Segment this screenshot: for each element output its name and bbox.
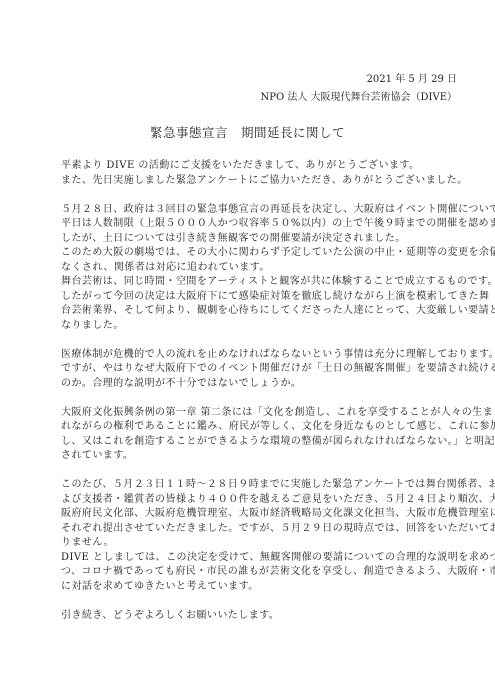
text-line: のか。合理的な説明が不十分ではないでしょうか。: [61, 377, 457, 392]
text-line: それぞれ提出させていただきました。ですが、５月２９日の現時点では、回答をいただい…: [61, 522, 457, 537]
letter-header: 2021 年 5 月 29 日 NPO 法人 大阪現代舞台芸術協会（DIVE）: [260, 72, 457, 106]
text-line: また、先日実施しました緊急アンケートにご協力いただき、ありがとうございました。: [61, 174, 457, 189]
paragraph-concern: 医療体制が危機的で人の流れを止めなければならないという事情は充分に理解しておりま…: [61, 348, 457, 392]
document-title: 緊急事態宣言 期間延長に関して: [0, 123, 495, 141]
document-body: 平素より DIVE の活動にご支援をいただきまして、ありがとうございます。 また…: [61, 159, 457, 638]
paragraph-closing: 引き続き、どうぞよろしくお願いいたします。: [61, 609, 457, 624]
text-line: DIVE としましては、この決定を受けて、無観客開催の要請についての合理的な説明…: [61, 551, 457, 566]
text-line: 引き続き、どうぞよろしくお願いいたします。: [61, 609, 457, 624]
text-line: 平日は人数制限（上限５０００人かつ収容率５０%以内）の上で午後９時までの開催を認…: [61, 217, 457, 232]
text-line: 医療体制が危機的で人の流れを止めなければならないという事情は充分に理解しておりま…: [61, 348, 457, 363]
text-line: このため大阪の劇場では、その大小に関わらず予定していた公演の中止・延期等の変更を…: [61, 246, 457, 261]
text-line: このたび、５月２３日１１時～２８日９時までに実施した緊急アンケートでは舞台関係者…: [61, 478, 457, 493]
text-line: なりました。: [61, 319, 457, 334]
text-line: ですが、やはりなぜ大阪府下でのイベント開催だけが「土日の無観客開催」を要請され続…: [61, 362, 457, 377]
text-line: したがって今回の決定は大阪府下にて感染症対策を徹底し続けながら上演を模索してきた…: [61, 290, 457, 305]
paragraph-decision: ５月２８日、政府は３回目の緊急事態宣言の再延長を決定し、大阪府はイベント開催につ…: [61, 203, 457, 334]
paragraph-survey: このたび、５月２３日１１時～２８日９時までに実施した緊急アンケートでは舞台関係者…: [61, 478, 457, 594]
text-line: れながらの権利であることに鑑み、府民が等しく、文化を身近なものとして感じ、これに…: [61, 420, 457, 435]
text-line: されています。: [61, 449, 457, 464]
text-line: りません。: [61, 536, 457, 551]
text-line: 平素より DIVE の活動にご支援をいただきまして、ありがとうございます。: [61, 159, 457, 174]
text-line: に対話を求めてゆきたいと考えています。: [61, 580, 457, 595]
text-line: つ、コロナ禍であっても府民・市民の誰もが芸術文化を享受し、創造できるよう、大阪府…: [61, 565, 457, 580]
text-line: したが、土日については引き続き無観客での開催要請が決定されました。: [61, 232, 457, 247]
letter-date: 2021 年 5 月 29 日: [260, 72, 457, 88]
paragraph-ordinance: 大阪府文化振興条例の第一章 第二条には「文化を創造し、これを享受することが人々の…: [61, 406, 457, 464]
text-line: 大阪府文化振興条例の第一章 第二条には「文化を創造し、これを享受することが人々の…: [61, 406, 457, 421]
sender-organization: NPO 法人 大阪現代舞台芸術協会（DIVE）: [260, 90, 457, 106]
text-line: 台芸術業界、そして何より、観劇を心待ちにしてくださった人達にとって、大変厳しい要…: [61, 304, 457, 319]
text-line: ５月２８日、政府は３回目の緊急事態宣言の再延長を決定し、大阪府はイベント開催につ…: [61, 203, 457, 218]
text-line: 阪府府民文化部、大阪府危機管理室、大阪市経済戦略局文化課文化担当、大阪市危機管理…: [61, 507, 457, 522]
text-line: よび支援者・鑑賞者の皆様より４００件を越えるご意見をいただき、５月２４日より順次…: [61, 493, 457, 508]
text-line: 舞台芸術は、同じ時間・空間をアーティストと観客が共に体験することで成立するもので…: [61, 275, 457, 290]
document-page: 2021 年 5 月 29 日 NPO 法人 大阪現代舞台芸術協会（DIVE） …: [0, 0, 495, 700]
text-line: し、又はこれを創造することができるような環境の整備が図られなければならない。」と…: [61, 435, 457, 450]
text-line: なくされ、関係者は対応に追われています。: [61, 261, 457, 276]
paragraph-greeting: 平素より DIVE の活動にご支援をいただきまして、ありがとうございます。 また…: [61, 159, 457, 188]
